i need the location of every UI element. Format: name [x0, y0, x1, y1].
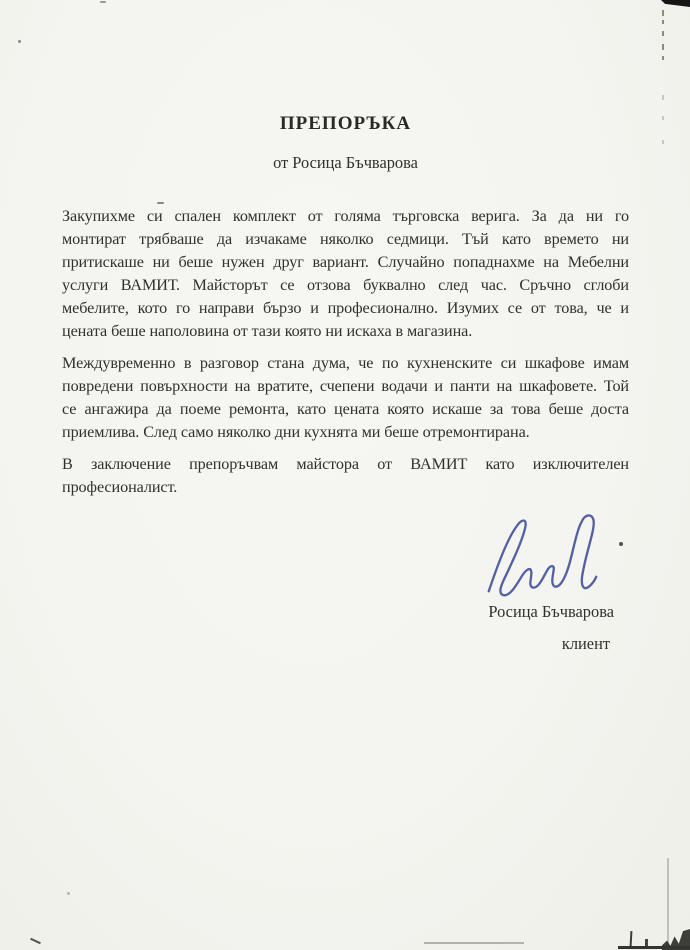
- scan-artifact-edge-dash: [662, 44, 664, 50]
- paragraph-2: Междувременно в разговор стана дума, че …: [62, 352, 629, 444]
- paragraph-1: Закупихме си спален комплект от голяма т…: [62, 205, 629, 343]
- scan-artifact-bottom-edge: [424, 942, 524, 944]
- scan-artifact-edge-dash: [662, 10, 664, 16]
- scan-artifact-edge-dash: [662, 56, 664, 60]
- text-line: Закупихме си спален комплект от голяма т…: [62, 205, 629, 228]
- signer-name: Росица Бъчварова: [62, 601, 629, 622]
- scan-artifact-edge-dash: [662, 116, 664, 120]
- scan-speck: [18, 40, 21, 43]
- scanned-document-page: ПРЕПОРЪКА от Росица Бъчварова Закупихме …: [0, 0, 690, 950]
- signer-role: клиент: [62, 633, 629, 654]
- text-line: мебелите, кото го направи бързо и профес…: [62, 297, 629, 320]
- handwritten-signature: [477, 508, 609, 600]
- text-line: се ангажира да поеме ремонта, като ценат…: [62, 398, 629, 421]
- signature-area: [62, 508, 629, 603]
- scan-artifact-edge-dash: [662, 20, 664, 24]
- letter-body: Закупихме си спален комплект от голяма т…: [62, 205, 629, 499]
- text-line: монтират трябваше да изчакаме няколко се…: [62, 228, 629, 251]
- scan-artifact-bottom-left-tick: [30, 938, 41, 944]
- scan-artifact-right-line: [667, 858, 669, 948]
- text-line: приемлива. След само няколко дни кухнята…: [62, 421, 629, 444]
- scan-speck: [100, 1, 106, 3]
- text-line: Междувременно в разговор стана дума, че …: [62, 352, 629, 375]
- scan-artifact-edge-dash: [662, 95, 664, 100]
- scan-artifact-edge-dash: [662, 31, 664, 36]
- document-title: ПРЕПОРЪКА: [62, 112, 629, 135]
- text-line: притискаше ни беше нужен друг вариант. С…: [62, 251, 629, 274]
- letter-content: ПРЕПОРЪКА от Росица Бъчварова Закупихме …: [62, 0, 629, 654]
- scan-speck: [157, 202, 164, 204]
- scan-artifact-edge-dash: [662, 140, 664, 144]
- text-line: професионалист.: [62, 476, 629, 499]
- text-line: В заключение препоръчвам майстора от ВАМ…: [62, 453, 629, 476]
- scan-artifact-bottom-edge: [618, 946, 690, 949]
- text-line: цената беше наполовина от тази която ни …: [62, 320, 629, 343]
- scan-artifact-bottom-stroke: [630, 931, 633, 947]
- text-line: услуги ВАМИТ. Майсторът се отзова буквал…: [62, 274, 629, 297]
- document-author-line: от Росица Бъчварова: [62, 152, 629, 173]
- paragraph-3: В заключение препоръчвам майстора от ВАМ…: [62, 453, 629, 499]
- scan-speck: [619, 542, 623, 546]
- scan-artifact-top-right-corner: [661, 0, 690, 7]
- text-line: повредени повърхности на вратите, счепен…: [62, 375, 629, 398]
- scan-speck: [67, 892, 70, 895]
